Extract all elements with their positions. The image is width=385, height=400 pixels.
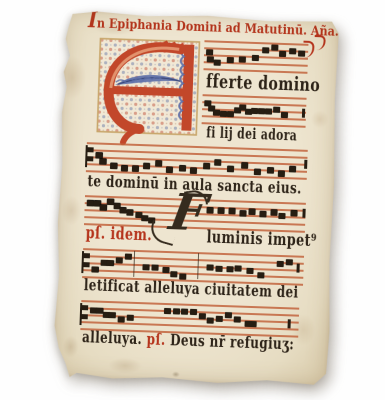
square-note	[121, 165, 128, 171]
square-note	[125, 254, 132, 260]
square-note	[227, 57, 234, 63]
initial-A-artwork	[96, 38, 200, 136]
square-note	[227, 111, 234, 117]
square-note	[279, 51, 286, 57]
square-note	[246, 268, 253, 274]
chant-text-line-6b: Deus nr̄ refugiuʒ:	[170, 330, 295, 353]
square-note	[164, 308, 171, 314]
square-note	[225, 312, 232, 318]
square-note	[239, 56, 246, 62]
psalm-rubric-2: pſ.	[146, 329, 166, 349]
square-note	[165, 167, 172, 173]
square-note	[181, 309, 188, 315]
square-note	[278, 171, 285, 177]
stain	[108, 357, 143, 374]
square-note	[252, 55, 259, 61]
square-note	[215, 266, 222, 272]
stain	[62, 335, 79, 358]
staff-line	[204, 40, 308, 45]
square-note	[244, 321, 256, 327]
square-note	[286, 259, 293, 265]
square-note	[214, 160, 221, 166]
photo-backdrop: In Epiphania Domini ad Matutinū. Aña.	[0, 0, 385, 400]
music-staff-2	[202, 94, 307, 127]
chant-text-line-1: fferte domino	[206, 70, 321, 96]
square-note	[179, 165, 186, 171]
square-note	[206, 207, 213, 213]
square-note	[162, 267, 169, 273]
custos-mark	[302, 209, 305, 218]
square-note	[262, 47, 269, 53]
square-note	[277, 261, 284, 267]
chant-text-line-4: luminis impet⁹	[206, 227, 317, 251]
square-note	[206, 264, 213, 270]
square-note	[235, 265, 242, 271]
square-note	[107, 260, 114, 266]
illuminated-initial-A	[96, 38, 200, 136]
square-note	[207, 56, 214, 62]
custos-mark	[302, 109, 305, 118]
square-note	[265, 108, 272, 114]
chant-text-line-6a: alleluya.	[82, 327, 143, 348]
square-note	[126, 210, 133, 216]
square-note	[271, 45, 278, 51]
square-note	[273, 107, 280, 113]
square-note	[259, 211, 266, 217]
square-note	[110, 163, 117, 169]
stain	[61, 195, 82, 226]
square-note	[206, 49, 213, 55]
square-note	[116, 257, 123, 263]
square-note	[207, 317, 214, 323]
square-note	[216, 316, 223, 322]
square-note	[217, 208, 224, 214]
square-note	[248, 209, 255, 215]
red-paraph-mark	[314, 35, 326, 50]
square-note	[143, 163, 150, 169]
square-note	[233, 316, 240, 322]
square-note	[241, 163, 248, 169]
square-note	[172, 308, 179, 314]
music-staff-1	[204, 40, 309, 73]
square-note	[239, 211, 246, 217]
initial-F-letter: F	[166, 187, 208, 238]
square-note	[220, 111, 227, 117]
square-note	[258, 108, 265, 114]
staff-line	[202, 115, 306, 120]
square-note	[281, 112, 288, 118]
stain	[311, 110, 330, 129]
square-note	[171, 271, 178, 277]
square-note	[254, 169, 261, 175]
square-note	[257, 272, 264, 278]
square-note	[228, 208, 235, 214]
square-note	[190, 168, 197, 174]
square-note	[251, 108, 258, 114]
rubric-header: In Epiphania Domini ad Matutinū. Aña.	[88, 13, 339, 40]
stain	[57, 55, 87, 100]
parchment-page: In Epiphania Domini ad Matutinū. Aña.	[52, 9, 341, 386]
square-note	[290, 210, 297, 216]
square-note	[155, 161, 162, 167]
header-text: n Epiphania Domini ad Matutinū. Aña.	[97, 16, 339, 39]
square-note	[91, 266, 98, 272]
square-note	[126, 315, 133, 321]
square-note	[279, 213, 286, 219]
square-note	[270, 210, 277, 216]
calligraphic-initial-F: F	[157, 193, 207, 253]
manuscript-leaf: In Epiphania Domini ad Matutinū. Aña.	[52, 9, 341, 386]
square-note	[203, 163, 210, 169]
square-note	[198, 313, 205, 319]
square-note	[100, 205, 107, 211]
square-note	[99, 159, 106, 165]
square-note	[142, 264, 149, 270]
square-note	[151, 264, 158, 270]
square-note	[214, 60, 221, 66]
square-note	[190, 309, 197, 315]
custos-mark	[288, 319, 291, 328]
header-initial: I	[88, 7, 97, 33]
line-end-hook	[303, 41, 315, 58]
stain	[172, 371, 180, 377]
square-note	[227, 166, 234, 172]
psalm-rubric: pſ. idem.	[85, 223, 152, 245]
chant-text-line-2: fi lij dei adora	[206, 123, 297, 144]
square-note	[118, 316, 125, 322]
custos-mark	[304, 160, 307, 169]
square-note	[132, 166, 139, 172]
square-note	[267, 167, 274, 173]
custos-mark	[297, 264, 300, 273]
staff-line	[202, 101, 306, 106]
square-note	[226, 266, 233, 272]
square-note	[289, 48, 296, 54]
square-note	[109, 312, 116, 318]
square-note	[289, 166, 296, 172]
